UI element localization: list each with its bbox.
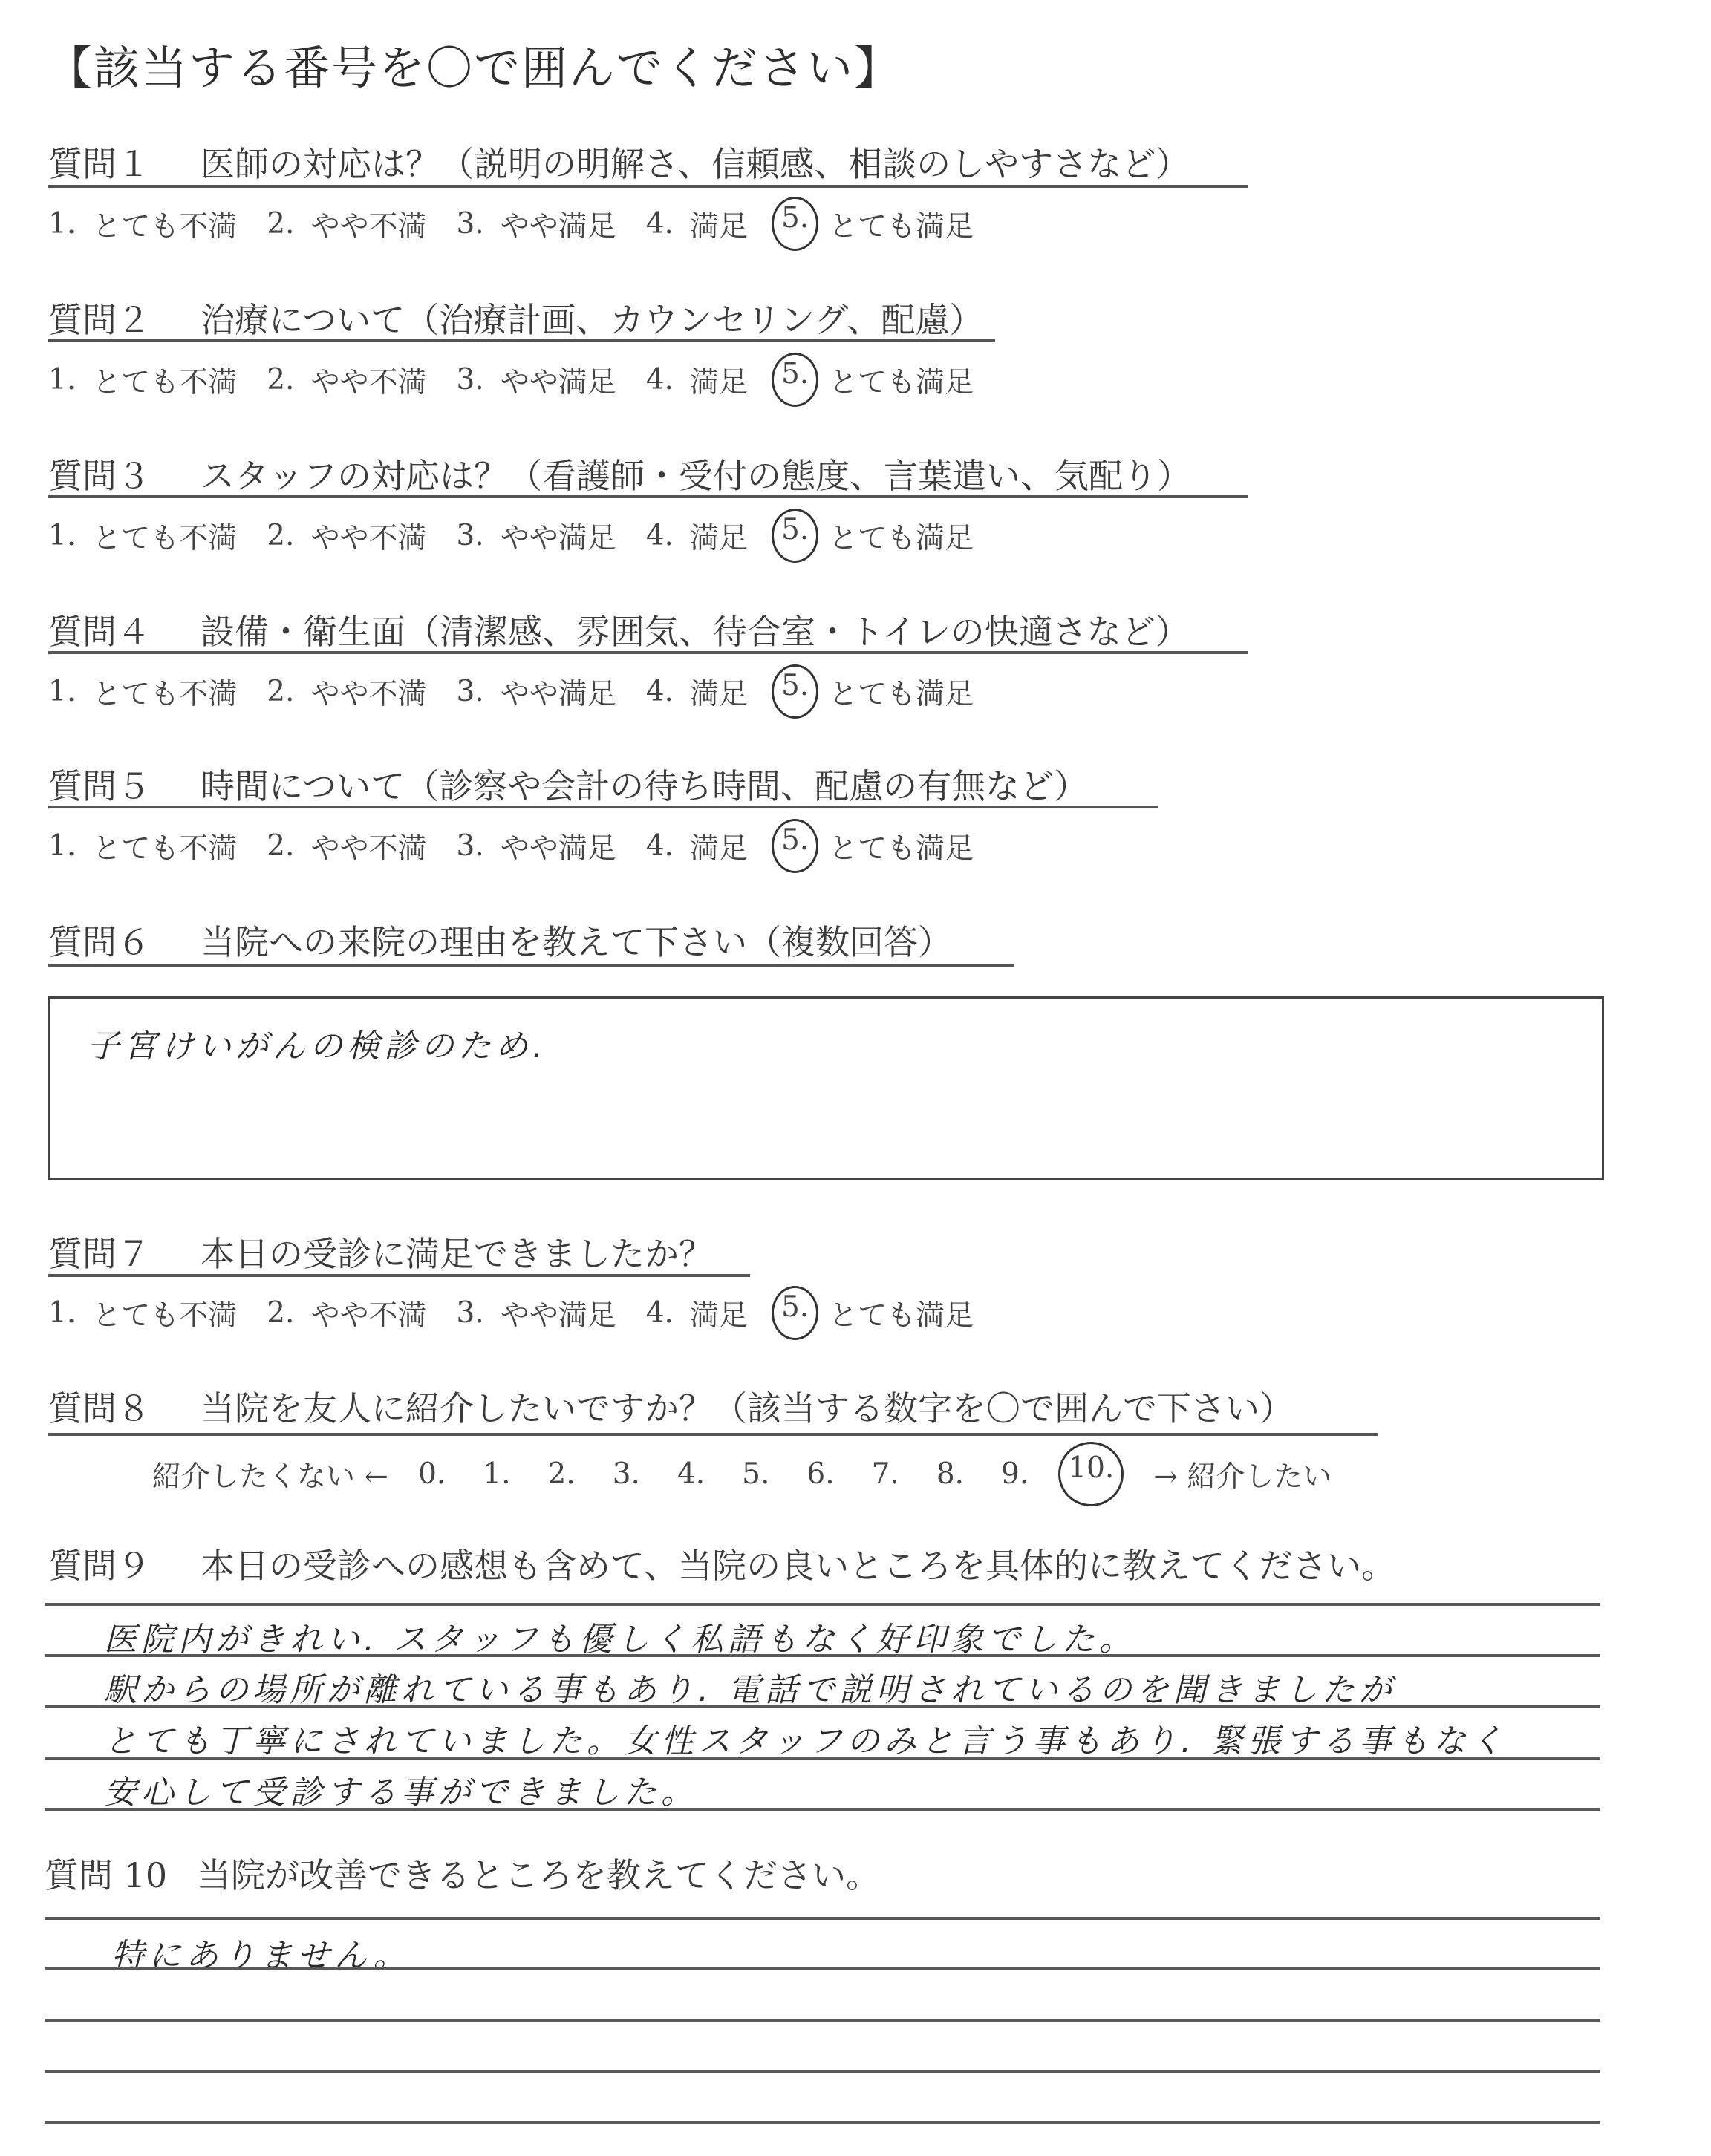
option-3[interactable]: 3.やや満足 — [456, 671, 616, 713]
question-text: スタッフの対応は？（看護師・受付の態度、言葉遣い、気配り） — [201, 456, 1191, 496]
question-number: 質問４ — [48, 605, 201, 654]
option-1[interactable]: 1.とても不満 — [48, 671, 237, 713]
question-text: 本日の受診に満足できましたか？ — [201, 1234, 713, 1274]
rating-options-q3: 1.とても不満 2.やや不満 3.やや満足 4.満足 5.とても満足 — [48, 509, 1003, 563]
question-7-heading: 質問７本日の受診に満足できましたか？ — [48, 1227, 713, 1276]
selection-circle: 5. — [772, 509, 818, 563]
option-1[interactable]: 1.とても不満 — [48, 203, 237, 245]
question-number: 質問８ — [48, 1382, 201, 1431]
scale-6[interactable]: 6. — [806, 1457, 834, 1491]
question-underline — [48, 1274, 750, 1277]
question-number: 質問２ — [48, 293, 201, 342]
scale-7[interactable]: 7. — [872, 1457, 899, 1491]
question-number: 質問１ — [48, 137, 201, 186]
option-4[interactable]: 4.満足 — [646, 826, 748, 867]
option-2[interactable]: 2.やや不満 — [267, 515, 426, 557]
scale-1[interactable]: 1. — [483, 1457, 510, 1491]
scale-10-selected[interactable]: 10. — [1058, 1442, 1124, 1506]
answer-line — [45, 1967, 1600, 1970]
option-5-selected[interactable]: 5.とても満足 — [778, 353, 974, 407]
question-9-heading: 質問９本日の受診への感想も含めて、当院の良いところを具体的に教えてください。 — [48, 1539, 1395, 1588]
answer-line — [45, 2019, 1600, 2022]
option-4[interactable]: 4.満足 — [646, 671, 748, 713]
scale-0[interactable]: 0. — [418, 1457, 446, 1491]
answer-line — [45, 1705, 1600, 1708]
handwritten-answer: 子宮けいがんの検診のため. — [87, 1019, 547, 1067]
option-1[interactable]: 1.とても不満 — [48, 826, 237, 867]
rating-options-q4: 1.とても不満 2.やや不満 3.やや満足 4.満足 5.とても満足 — [48, 664, 1003, 719]
selection-circle: 5. — [772, 819, 818, 873]
scale-9[interactable]: 9. — [1001, 1457, 1029, 1491]
option-1[interactable]: 1.とても不満 — [48, 359, 237, 401]
rating-options-q1: 1.とても不満 2.やや不満 3.やや満足 4.満足 5.とても満足 — [48, 197, 1003, 251]
option-4[interactable]: 4.満足 — [646, 359, 748, 401]
option-4[interactable]: 4.満足 — [646, 203, 748, 245]
scale-5[interactable]: 5. — [742, 1457, 769, 1491]
question-5-heading: 質問５時間について（診察や会計の待ち時間、配慮の有無など） — [48, 759, 1088, 808]
question-underline — [48, 651, 1248, 654]
answer-line — [45, 1808, 1600, 1811]
option-3[interactable]: 3.やや満足 — [456, 826, 616, 867]
question-text: 当院が改善できるところを教えてください。 — [197, 1855, 880, 1895]
option-5-selected[interactable]: 5.とても満足 — [778, 509, 974, 563]
question-text: 時間について（診察や会計の待ち時間、配慮の有無など） — [201, 766, 1088, 806]
question-4-heading: 質問４設備・衛生面（清潔感、雰囲気、待合室・トイレの快適さなど） — [48, 605, 1190, 654]
question-text: 当院を友人に紹介したいですか？（該当する数字を〇で囲んで下さい） — [201, 1388, 1294, 1428]
question-underline — [48, 185, 1248, 188]
question-text: 設備・衛生面（清潔感、雰囲気、待合室・トイレの快適さなど） — [201, 612, 1190, 652]
question-8-heading: 質問８当院を友人に紹介したいですか？（該当する数字を〇で囲んで下さい） — [48, 1382, 1294, 1431]
handwritten-answer-line-4: 安心して受診する事ができました。 — [104, 1765, 698, 1813]
answer-line — [45, 2070, 1600, 2073]
option-2[interactable]: 2.やや不満 — [267, 671, 426, 713]
question-number: 質問９ — [48, 1539, 201, 1588]
option-1[interactable]: 1.とても不満 — [48, 1293, 237, 1334]
question-underline — [48, 495, 1248, 498]
question-text: 治療について（治療計画、カウンセリング、配慮） — [201, 300, 983, 340]
question-text: 本日の受診への感想も含めて、当院の良いところを具体的に教えてください。 — [201, 1546, 1395, 1586]
question-text: 医師の対応は？（説明の明解さ、信頼感、相談のしやすさなど） — [201, 144, 1190, 184]
option-2[interactable]: 2.やや不満 — [267, 203, 426, 245]
question-text: 当院への来院の理由を教えて下さい（複数回答） — [201, 922, 952, 962]
question-number: 質問６ — [48, 915, 201, 964]
question-1-heading: 質問１医師の対応は？（説明の明解さ、信頼感、相談のしやすさなど） — [48, 137, 1190, 186]
question-3-heading: 質問３スタッフの対応は？（看護師・受付の態度、言葉遣い、気配り） — [48, 449, 1191, 498]
scale-2[interactable]: 2. — [548, 1457, 576, 1491]
question-number: 質問５ — [48, 759, 201, 808]
option-5-selected[interactable]: 5.とても満足 — [778, 1286, 974, 1340]
question-underline — [48, 1433, 1378, 1436]
selection-circle: 5. — [772, 353, 818, 407]
rating-options-q5: 1.とても不満 2.やや不満 3.やや満足 4.満足 5.とても満足 — [48, 819, 1003, 873]
scale-8[interactable]: 8. — [936, 1457, 964, 1491]
answer-line — [45, 1917, 1600, 1920]
option-4[interactable]: 4.満足 — [646, 1293, 748, 1334]
option-3[interactable]: 3.やや満足 — [456, 1293, 616, 1334]
rating-options-q7: 1.とても不満 2.やや不満 3.やや満足 4.満足 5.とても満足 — [48, 1286, 1003, 1340]
question-underline — [48, 806, 1158, 808]
question-underline — [48, 339, 995, 342]
scale-left-label: 紹介したくない ← — [152, 1454, 388, 1495]
form-title: 【該当する番号を〇で囲んでください】 — [46, 31, 902, 97]
handwritten-answer-line-2: 駅からの場所が離れている事もあり. 電話で説明されているのを聞きましたが — [104, 1663, 1396, 1711]
question-10-heading: 質問 10当院が改善できるところを教えてください。 — [45, 1849, 880, 1898]
selection-circle: 5. — [772, 1286, 818, 1340]
option-3[interactable]: 3.やや満足 — [456, 359, 616, 401]
answer-line — [45, 1654, 1600, 1657]
option-5-selected[interactable]: 5.とても満足 — [778, 819, 974, 873]
scale-4[interactable]: 4. — [677, 1457, 705, 1491]
option-1[interactable]: 1.とても不満 — [48, 515, 237, 557]
answer-line — [45, 2121, 1600, 2124]
option-5-selected[interactable]: 5.とても満足 — [778, 664, 974, 719]
handwritten-answer-line-1: 医院内がきれい. スタッフも優しく私語もなく好印象でした。 — [104, 1613, 1136, 1660]
option-2[interactable]: 2.やや不満 — [267, 1293, 426, 1334]
option-2[interactable]: 2.やや不満 — [267, 826, 426, 867]
option-2[interactable]: 2.やや不満 — [267, 359, 426, 401]
question-6-heading: 質問６当院への来院の理由を教えて下さい（複数回答） — [48, 915, 952, 964]
question-2-heading: 質問２治療について（治療計画、カウンセリング、配慮） — [48, 293, 983, 342]
answer-line — [45, 1757, 1600, 1760]
handwritten-answer-line-3: とても丁寧にされていました。女性スタッフのみと言う事もあり. 緊張する事もなく — [104, 1714, 1508, 1762]
answer-box-q6[interactable]: 子宮けいがんの検診のため. — [48, 996, 1604, 1180]
scale-right-label: → 紹介したい — [1153, 1454, 1332, 1495]
question-number: 質問７ — [48, 1227, 201, 1276]
recommend-scale-q8: 紹介したくない ← 0. 1. 2. 3. 4. 5. 6. 7. 8. 9. … — [152, 1442, 1369, 1506]
selection-circle: 5. — [772, 197, 818, 251]
option-5-selected[interactable]: 5.とても満足 — [778, 197, 974, 251]
option-3[interactable]: 3.やや満足 — [456, 203, 616, 245]
selection-circle: 5. — [772, 664, 818, 719]
rating-options-q2: 1.とても不満 2.やや不満 3.やや満足 4.満足 5.とても満足 — [48, 353, 1003, 407]
question-underline — [48, 964, 1014, 967]
question-number: 質問３ — [48, 449, 201, 498]
question-number: 質問 10 — [45, 1849, 197, 1898]
scale-3[interactable]: 3. — [613, 1457, 640, 1491]
option-3[interactable]: 3.やや満足 — [456, 515, 616, 557]
option-4[interactable]: 4.満足 — [646, 515, 748, 557]
answer-line — [45, 1603, 1600, 1606]
